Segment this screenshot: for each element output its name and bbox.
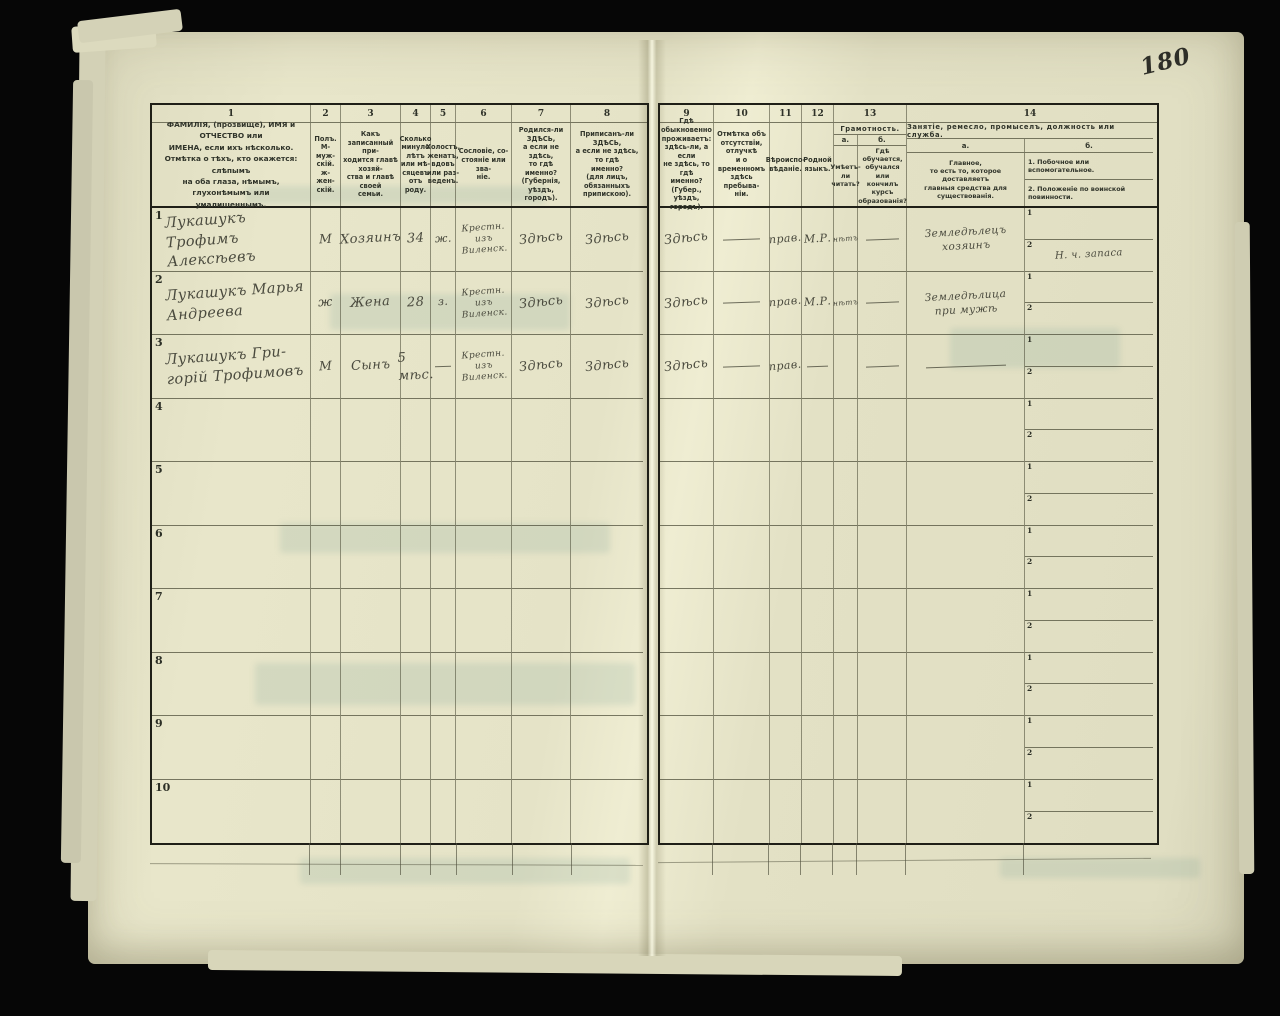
name-cell: 10 [152, 780, 311, 844]
handwritten-value: прав. [769, 230, 803, 248]
relation-cell: Хозяинъ [341, 208, 401, 272]
sex-cell: М [311, 335, 341, 399]
handwritten-page-number: 180 [1137, 42, 1193, 81]
can-read-cell [834, 335, 858, 399]
table-row: Здѣсьправ.М.Р.нѣтъЗемледѣлецъ хозяинъ12Н… [660, 208, 1157, 272]
side-occupation-subcell: 1 [1025, 780, 1153, 812]
handwritten-value: Здѣсь [664, 355, 710, 377]
table-row: 12 [660, 462, 1157, 526]
handwritten-value: Н. ч. запаса [1055, 247, 1123, 264]
military-subcell: 2 [1025, 621, 1153, 652]
language-cell: М.Р. [802, 208, 834, 272]
occupation-side-cell: 12 [1025, 716, 1153, 780]
occupation-main-cell: Земледѣлецъ хозяинъ [907, 208, 1025, 272]
language-cell [802, 653, 834, 717]
header-education: Гдѣ обучается, обучался или кончилъ курс… [858, 146, 907, 206]
birthplace-cell [512, 462, 571, 526]
sex-cell: М [311, 208, 341, 272]
military-subcell: 2 [1025, 812, 1153, 843]
marital-cell [431, 780, 456, 844]
subcell-marker: 2 [1027, 557, 1032, 566]
relation-cell [341, 716, 401, 780]
religion-cell [770, 589, 802, 653]
can-read-cell [834, 716, 858, 780]
occupation-main-cell [907, 526, 1025, 590]
header-occupation-main: Главное, то есть то, которое доставляетъ… [907, 153, 1025, 206]
language-cell [802, 335, 834, 399]
table-header-left: ФАМИЛІЯ, (прозвище), ИМЯ и ОТЧЕСТВО или … [152, 123, 647, 208]
subcell-marker: 1 [1027, 716, 1032, 725]
table-body-right: Здѣсьправ.М.Р.нѣтъЗемледѣлецъ хозяинъ12Н… [660, 208, 1157, 843]
age-cell: 34 [401, 208, 431, 272]
marital-cell [431, 716, 456, 780]
education-cell [858, 780, 907, 844]
registration-cell: Здѣсь [571, 335, 643, 399]
subcell-marker: 2 [1027, 303, 1032, 312]
residence-cell [660, 399, 714, 463]
age-cell [401, 462, 431, 526]
name-cell: 2Лукашукъ Марья Андреева [152, 272, 311, 336]
absence-cell [714, 335, 770, 399]
column-number: 3 [341, 105, 401, 122]
subcell-marker: 1 [1027, 653, 1032, 662]
religion-cell [770, 716, 802, 780]
table-row: 3Лукашукъ Гри- горій ТрофимовъМСынъ5 мѣс… [152, 335, 647, 399]
age-cell: 28 [401, 272, 431, 336]
table-row: 12 [660, 526, 1157, 590]
language-cell [802, 399, 834, 463]
handwritten-value: М.Р. [803, 295, 831, 311]
subcell-marker: 1 [1027, 589, 1032, 598]
header-language: Родной языкъ. [802, 123, 834, 206]
header-literacy-b-letter: б. [858, 135, 906, 145]
relation-cell: Жена [341, 272, 401, 336]
table-row: Здѣсьправ.12 [660, 335, 1157, 399]
military-subcell: 2 [1025, 367, 1153, 398]
subcell-marker: 1 [1027, 399, 1032, 408]
age-cell [401, 653, 431, 717]
header-sex: Полъ. М-муж- скій. ж-жен- скій. [311, 123, 341, 206]
relation-cell [341, 589, 401, 653]
handwritten-value: М [318, 230, 332, 248]
table-tail-line [512, 843, 513, 875]
table-row: 12 [660, 653, 1157, 717]
marital-cell [431, 399, 456, 463]
birthplace-cell [512, 526, 571, 590]
registration-cell: Здѣсь [571, 208, 643, 272]
table-row: 6 [152, 526, 647, 590]
side-occupation-subcell: 1 [1025, 208, 1153, 240]
estate-cell [456, 526, 512, 590]
absence-cell [714, 208, 770, 272]
occupation-main-cell [907, 589, 1025, 653]
absence-cell [714, 399, 770, 463]
education-cell [858, 589, 907, 653]
table-header-right: Гдѣ обыкновенно проживаетъ: здѣсь-ли, а … [660, 123, 1157, 208]
military-subcell: 2 [1025, 748, 1153, 779]
relation-cell [341, 526, 401, 590]
row-number: 10 [155, 781, 170, 794]
name-cell: 8 [152, 653, 311, 717]
sex-cell [311, 399, 341, 463]
header-registration: Приписанъ-ли ЗДѢСЬ, а если не здѣсь, то … [571, 123, 643, 206]
handwritten-value: Здѣсь [518, 228, 564, 250]
handwritten-value: ж [318, 294, 333, 312]
registration-cell [571, 780, 643, 844]
table-tail-line [571, 843, 572, 875]
handwritten-value: Лукашукъ Гри- горій Трофимовъ [151, 341, 305, 391]
subcell-marker: 2 [1027, 430, 1032, 439]
handwritten-value: Крестн. изъ Виленск. [459, 348, 507, 384]
table-tail-line [309, 843, 310, 875]
military-subcell: 2 [1025, 684, 1153, 715]
subcell-marker: 2 [1027, 621, 1032, 630]
handwritten-value: Здѣсь [584, 292, 630, 314]
header-occupation-block: Занятіе, ремесло, промыселъ, должность и… [907, 123, 1153, 206]
occupation-main-cell [907, 462, 1025, 526]
header-literacy-title: Грамотность. [834, 123, 906, 135]
estate-cell [456, 399, 512, 463]
side-occupation-subcell: 1 [1025, 526, 1153, 558]
side-occupation-subcell: 1 [1025, 399, 1153, 431]
registration-cell [571, 462, 643, 526]
subcell-marker: 2 [1027, 812, 1032, 821]
education-cell [858, 716, 907, 780]
marital-cell [431, 653, 456, 717]
occupation-side-cell: 12 [1025, 653, 1153, 717]
header-relation: Какъ записанный при- ходится главѣ хозяй… [341, 123, 401, 206]
side-occupation-subcell: 1 [1025, 462, 1153, 494]
handwritten-value: 28 [406, 294, 424, 312]
occupation-side-cell: 12 [1025, 272, 1153, 336]
birthplace-cell: Здѣсь [512, 335, 571, 399]
row-number: 9 [155, 717, 163, 730]
side-occupation-subcell: 1 [1025, 589, 1153, 621]
absence-cell [714, 526, 770, 590]
sex-cell [311, 653, 341, 717]
column-number: 6 [456, 105, 512, 122]
can-read-cell [834, 526, 858, 590]
header-occupation-side-block: 1. Побочное или вспомогательное. 2. Поло… [1025, 153, 1153, 206]
under-sheet-edge [1235, 222, 1255, 874]
table-tail-line [400, 843, 401, 875]
residence-cell: Здѣсь [660, 208, 714, 272]
subcell-marker: 1 [1027, 335, 1032, 344]
occupation-main-cell: Земледѣлица при мужѣ [907, 272, 1025, 336]
handwritten-value: Здѣсь [584, 228, 630, 250]
religion-cell: прав. [770, 272, 802, 336]
handwritten-value: Крестн. изъ Виленск. [459, 285, 507, 321]
header-marital: Холостъ, женатъ, вдовъ или раз- веденъ. [431, 123, 456, 206]
marital-cell [431, 589, 456, 653]
can-read-cell [834, 399, 858, 463]
registration-cell [571, 526, 643, 590]
subcell-marker: 2 [1027, 367, 1032, 376]
relation-cell: Сынъ [341, 335, 401, 399]
handwritten-value: Здѣсь [518, 292, 564, 314]
column-number: 5 [431, 105, 456, 122]
census-table-left-page: 1 2 3 4 5 6 7 8 ФАМИЛІЯ, (прозвище), ИМЯ… [150, 103, 649, 845]
education-cell [858, 272, 907, 336]
occupation-main-cell [907, 716, 1025, 780]
religion-cell: прав. [770, 208, 802, 272]
subcell-marker: 1 [1027, 526, 1032, 535]
military-subcell: 2 [1025, 557, 1153, 588]
handwritten-value: М [318, 357, 332, 375]
estate-cell [456, 780, 512, 844]
header-residence: Гдѣ обыкновенно проживаетъ: здѣсь-ли, а … [660, 123, 714, 206]
handwritten-value: М.Р. [803, 231, 831, 247]
estate-cell: Крестн. изъ Виленск. [456, 208, 512, 272]
estate-cell [456, 716, 512, 780]
ink-bleedthrough [1000, 858, 1200, 878]
can-read-cell: нѣтъ [834, 208, 858, 272]
header-occupation-title: Занятіе, ремесло, промыселъ, должность и… [907, 123, 1153, 139]
handwritten-value: Жена [350, 293, 391, 313]
age-cell [401, 780, 431, 844]
residence-cell [660, 780, 714, 844]
age-cell [401, 526, 431, 590]
handwritten-value: прав. [769, 294, 803, 312]
military-subcell: 2Н. ч. запаса [1025, 240, 1153, 271]
sex-cell: ж [311, 272, 341, 336]
registration-cell [571, 399, 643, 463]
estate-cell: Крестн. изъ Виленск. [456, 335, 512, 399]
marital-cell [431, 526, 456, 590]
absence-cell [714, 780, 770, 844]
table-row: Здѣсьправ.М.Р.нѣтъЗемледѣлица при мужѣ12 [660, 272, 1157, 336]
header-surname: ФАМИЛІЯ, (прозвище), ИМЯ и ОТЧЕСТВО или … [152, 123, 311, 206]
handwritten-value: Здѣсь [664, 228, 710, 250]
column-number: 10 [714, 105, 770, 122]
residence-cell [660, 589, 714, 653]
header-absence: Отмѣтка объ отсутствіи, отлучкѣ и о врем… [714, 123, 770, 206]
religion-cell [770, 653, 802, 717]
header-religion: Вѣроиспо- вѣданіе. [770, 123, 802, 206]
can-read-cell: нѣтъ [834, 272, 858, 336]
table-tail-line [800, 843, 801, 875]
column-number: 13 [834, 105, 907, 122]
dash-mark [866, 302, 899, 304]
age-cell [401, 589, 431, 653]
name-cell: 3Лукашукъ Гри- горій Трофимовъ [152, 335, 311, 399]
handwritten-value: Земледѣлецъ хозяинъ [924, 223, 1007, 256]
subcell-marker: 1 [1027, 208, 1032, 217]
sex-cell [311, 589, 341, 653]
table-tail-line [905, 843, 906, 875]
relation-cell [341, 399, 401, 463]
sex-cell [311, 780, 341, 844]
can-read-cell [834, 589, 858, 653]
under-sheet-edge [208, 950, 902, 976]
residence-cell: Здѣсь [660, 272, 714, 336]
table-row: 12 [660, 589, 1157, 653]
name-cell: 4 [152, 399, 311, 463]
table-tail-line [712, 843, 713, 875]
birthplace-cell [512, 716, 571, 780]
occupation-side-cell: 12 [1025, 462, 1153, 526]
handwritten-value: Здѣсь [518, 355, 564, 377]
column-number-strip: 9 10 11 12 13 14 [660, 105, 1157, 123]
language-cell [802, 716, 834, 780]
age-cell [401, 716, 431, 780]
header-literacy-a-letter: а. [834, 135, 858, 145]
handwritten-value: Хозяинъ [339, 229, 401, 250]
birthplace-cell [512, 589, 571, 653]
marital-cell: з. [431, 272, 456, 336]
education-cell [858, 208, 907, 272]
header-occupation-side: 1. Побочное или вспомогательное. [1025, 153, 1153, 180]
birthplace-cell [512, 780, 571, 844]
header-birthplace: Родился-ли ЗДѢСЬ, а если не здѣсь, то гд… [512, 123, 571, 206]
header-estate: Сословіе, со- стояніе или зва- ніе. [456, 123, 512, 206]
side-occupation-subcell: 1 [1025, 335, 1153, 367]
can-read-cell [834, 653, 858, 717]
name-cell: 6 [152, 526, 311, 590]
marital-cell [431, 335, 456, 399]
registration-cell [571, 716, 643, 780]
table-tail-line [340, 843, 341, 875]
registration-cell: Здѣсь [571, 272, 643, 336]
can-read-cell [834, 780, 858, 844]
row-number: 4 [155, 400, 163, 413]
table-body-left: 1Лукашукъ Трофимъ АлексѣевъМХозяинъ34ж.К… [152, 208, 647, 843]
language-cell [802, 462, 834, 526]
column-number: 8 [571, 105, 643, 122]
side-occupation-subcell: 1 [1025, 653, 1153, 685]
dash-mark [435, 365, 451, 367]
handwritten-value: з. [437, 295, 448, 310]
table-row: 12 [660, 399, 1157, 463]
occupation-main-cell [907, 780, 1025, 844]
estate-cell: Крестн. изъ Виленск. [456, 272, 512, 336]
side-occupation-subcell: 1 [1025, 272, 1153, 304]
column-number: 4 [401, 105, 431, 122]
subcell-marker: 1 [1027, 780, 1032, 789]
row-number: 8 [155, 654, 163, 667]
column-number: 2 [311, 105, 341, 122]
header-literacy-block: Грамотность. а. б. Умѣетъ- ли читать? Гд… [834, 123, 907, 206]
absence-cell [714, 653, 770, 717]
table-row: 9 [152, 716, 647, 780]
handwritten-value: нѣтъ [833, 233, 859, 245]
subcell-marker: 1 [1027, 272, 1032, 281]
table-tail-line [832, 843, 833, 875]
dash-mark [723, 302, 760, 304]
dash-mark [723, 238, 760, 240]
column-number: 7 [512, 105, 571, 122]
education-cell [858, 653, 907, 717]
handwritten-value: прав. [769, 357, 803, 375]
handwritten-value: Крестн. изъ Виленск. [459, 221, 507, 257]
relation-cell [341, 462, 401, 526]
header-occupation-b-letter: б. [1025, 139, 1153, 152]
estate-cell [456, 462, 512, 526]
absence-cell [714, 716, 770, 780]
occupation-main-cell [907, 335, 1025, 399]
language-cell [802, 526, 834, 590]
subcell-marker: 2 [1027, 494, 1032, 503]
religion-cell [770, 780, 802, 844]
language-cell [802, 589, 834, 653]
religion-cell [770, 526, 802, 590]
residence-cell [660, 462, 714, 526]
row-number: 2 [155, 273, 163, 286]
occupation-main-cell [907, 653, 1025, 717]
paper-sheet: 180 1 2 3 4 5 6 7 8 ФАМИЛІЯ, (прозвище),… [88, 32, 1244, 964]
registration-cell [571, 589, 643, 653]
scanned-census-spread: 180 1 2 3 4 5 6 7 8 ФАМИЛІЯ, (прозвище),… [0, 0, 1280, 1016]
header-occupation-a-letter: а. [907, 139, 1025, 152]
row-number: 6 [155, 527, 163, 540]
dash-mark [866, 365, 899, 367]
absence-cell [714, 589, 770, 653]
header-can-read: Умѣетъ- ли читать? [834, 146, 858, 206]
language-cell [802, 780, 834, 844]
table-row: 8 [152, 653, 647, 717]
subcell-marker: 2 [1027, 240, 1032, 249]
language-cell: М.Р. [802, 272, 834, 336]
table-tail-line [768, 843, 769, 875]
handwritten-value: ж. [434, 231, 452, 247]
religion-cell [770, 399, 802, 463]
residence-cell [660, 653, 714, 717]
estate-cell [456, 653, 512, 717]
dash-mark [723, 365, 760, 367]
residence-cell: Здѣсь [660, 335, 714, 399]
subcell-marker: 2 [1027, 748, 1032, 757]
occupation-side-cell: 12 [1025, 399, 1153, 463]
military-subcell: 2 [1025, 494, 1153, 525]
estate-cell [456, 589, 512, 653]
name-cell: 1Лукашукъ Трофимъ Алексѣевъ [152, 208, 311, 272]
row-number: 3 [155, 336, 163, 349]
dash-mark [807, 365, 828, 367]
column-number: 11 [770, 105, 802, 122]
birthplace-cell: Здѣсь [512, 208, 571, 272]
sex-cell [311, 526, 341, 590]
column-number: 12 [802, 105, 834, 122]
table-row: 12 [660, 716, 1157, 780]
birthplace-cell [512, 653, 571, 717]
residence-cell [660, 526, 714, 590]
occupation-side-cell: 12 [1025, 335, 1153, 399]
table-row: 10 [152, 780, 647, 844]
table-row: 4 [152, 399, 647, 463]
subcell-marker: 1 [1027, 462, 1032, 471]
census-table-right-page: 9 10 11 12 13 14 Гдѣ обыкновенно прожива… [658, 103, 1159, 845]
row-number: 7 [155, 590, 163, 603]
table-row: 2Лукашукъ Марья АндрееважЖена28з.Крестн.… [152, 272, 647, 336]
ink-bleedthrough [300, 858, 630, 884]
education-cell [858, 526, 907, 590]
side-occupation-subcell: 1 [1025, 716, 1153, 748]
can-read-cell [834, 462, 858, 526]
handwritten-value: нѣтъ [833, 297, 859, 309]
education-cell [858, 462, 907, 526]
occupation-side-cell: 12 [1025, 589, 1153, 653]
dash-mark [866, 238, 899, 240]
education-cell [858, 399, 907, 463]
handwritten-value: Лукашукъ Трофимъ Алексѣевъ [150, 204, 312, 274]
column-number: 14 [907, 105, 1153, 122]
table-tail-line [1023, 843, 1024, 875]
table-tail-line [856, 843, 857, 875]
name-cell: 9 [152, 716, 311, 780]
table-row: 7 [152, 589, 647, 653]
education-cell [858, 335, 907, 399]
table-row: 5 [152, 462, 647, 526]
